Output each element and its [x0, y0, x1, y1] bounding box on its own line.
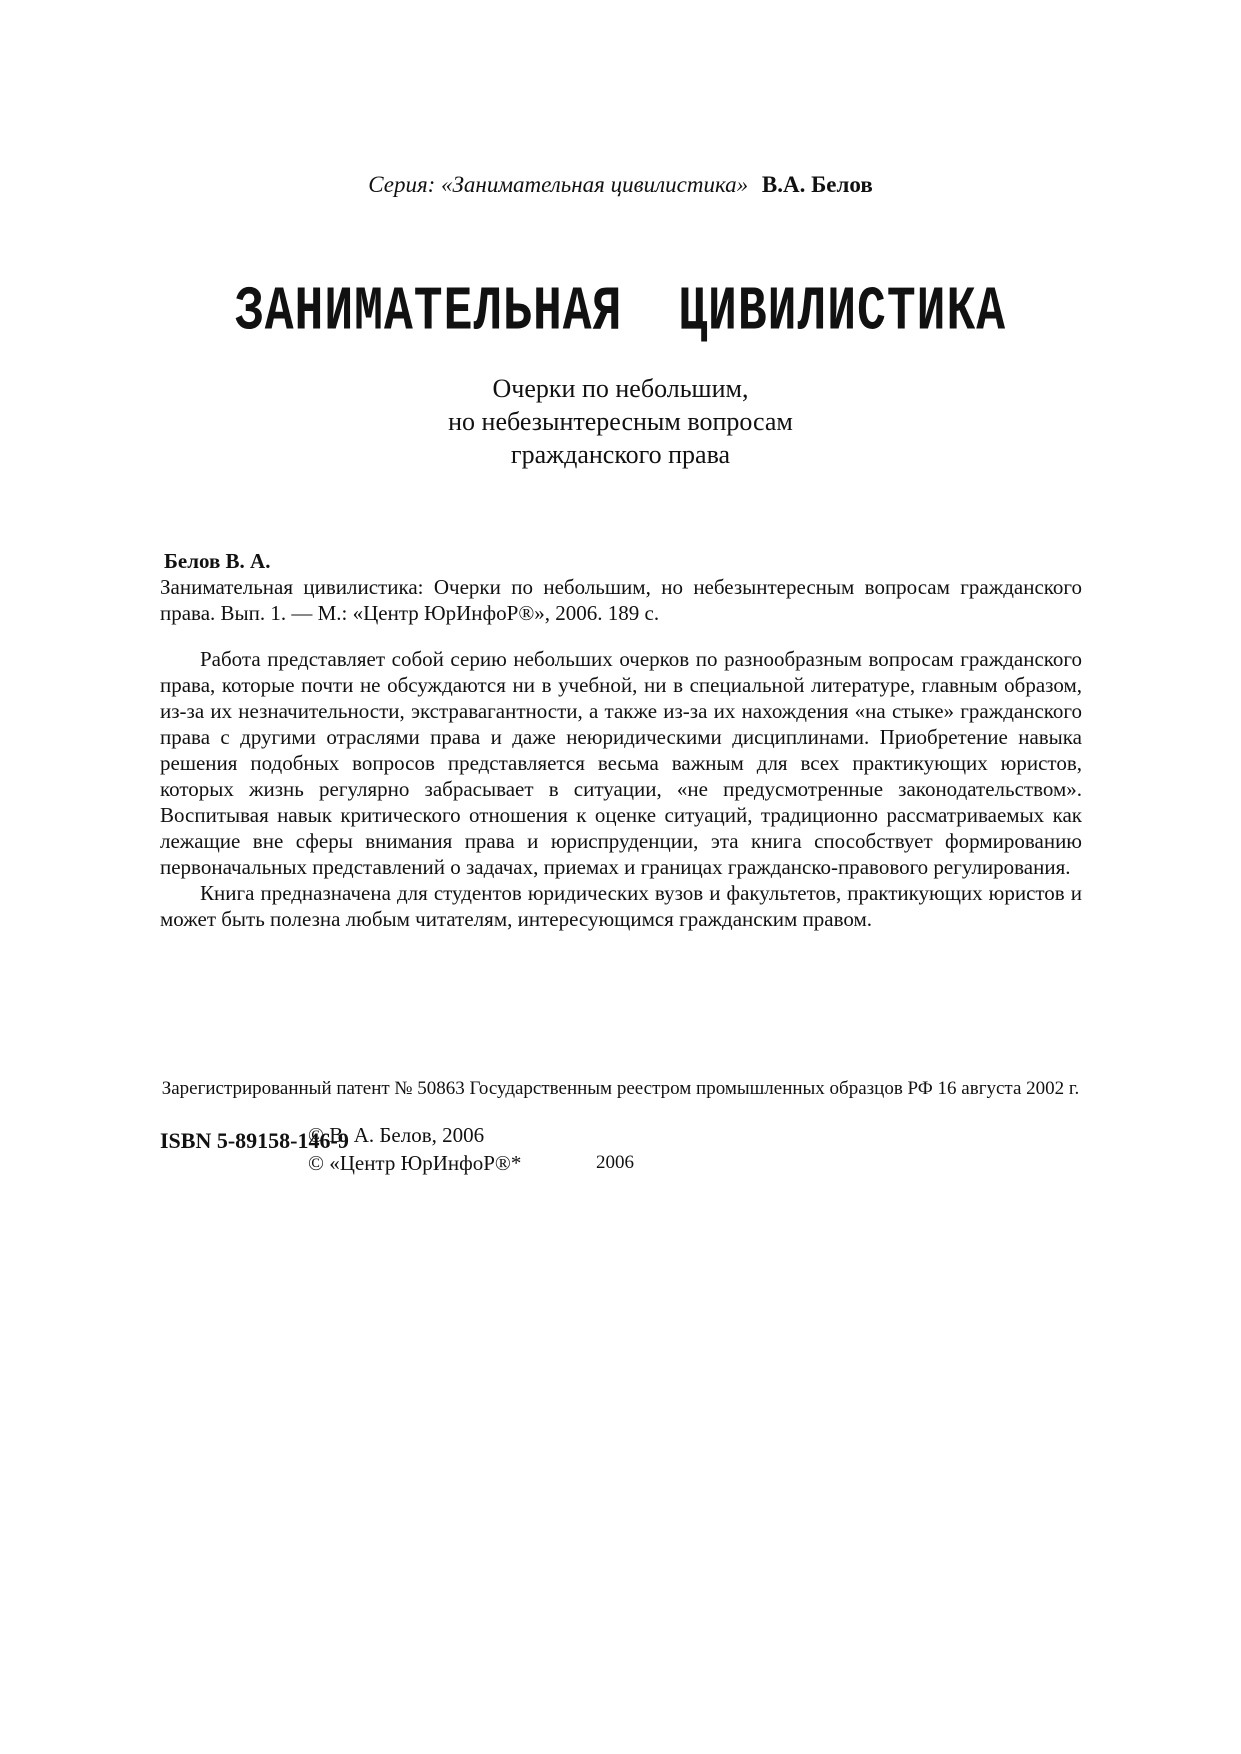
series-label: Серия: «Занимательная цивилистика»	[368, 172, 748, 197]
annotation-paragraph-2: Книга предназначена для студентов юридич…	[160, 880, 1082, 932]
copyright-publisher: © «Центр ЮрИнфоР®*	[308, 1149, 521, 1177]
copyright-block: © В. А. Белов, 2006 © «Центр ЮрИнфоР®*	[308, 1121, 521, 1177]
series-author: В.А. Белов	[762, 172, 873, 197]
publication-year: 2006	[596, 1152, 634, 1174]
bibliography-author: Белов В. А.	[160, 548, 1082, 574]
patent-note: Зарегистрированный патент № 50863 Госуда…	[0, 1078, 1241, 1100]
bibliography-entry: Занимательная цивилистика: Очерки по неб…	[160, 574, 1082, 626]
book-subtitle: Очерки по небольшим, но небезынтересным …	[0, 372, 1241, 471]
book-title: ЗАНИМАТЕЛЬНАЯ ЦИВИЛИСТИКА	[0, 278, 1241, 348]
subtitle-line: гражданского права	[0, 438, 1241, 471]
annotation-paragraph-1: Работа представляет собой серию небольши…	[160, 646, 1082, 880]
subtitle-line: Очерки по небольшим,	[0, 372, 1241, 405]
subtitle-line: но небезынтересным вопросам	[0, 405, 1241, 438]
bibliography-block: Белов В. А. Занимательная цивилистика: О…	[160, 548, 1082, 626]
book-title-page: Серия: «Занимательная цивилистика» В.А. …	[0, 0, 1241, 1754]
copyright-author: © В. А. Белов, 2006	[308, 1121, 521, 1149]
annotation-block: Работа представляет собой серию небольши…	[160, 646, 1082, 932]
series-line: Серия: «Занимательная цивилистика» В.А. …	[0, 172, 1241, 198]
